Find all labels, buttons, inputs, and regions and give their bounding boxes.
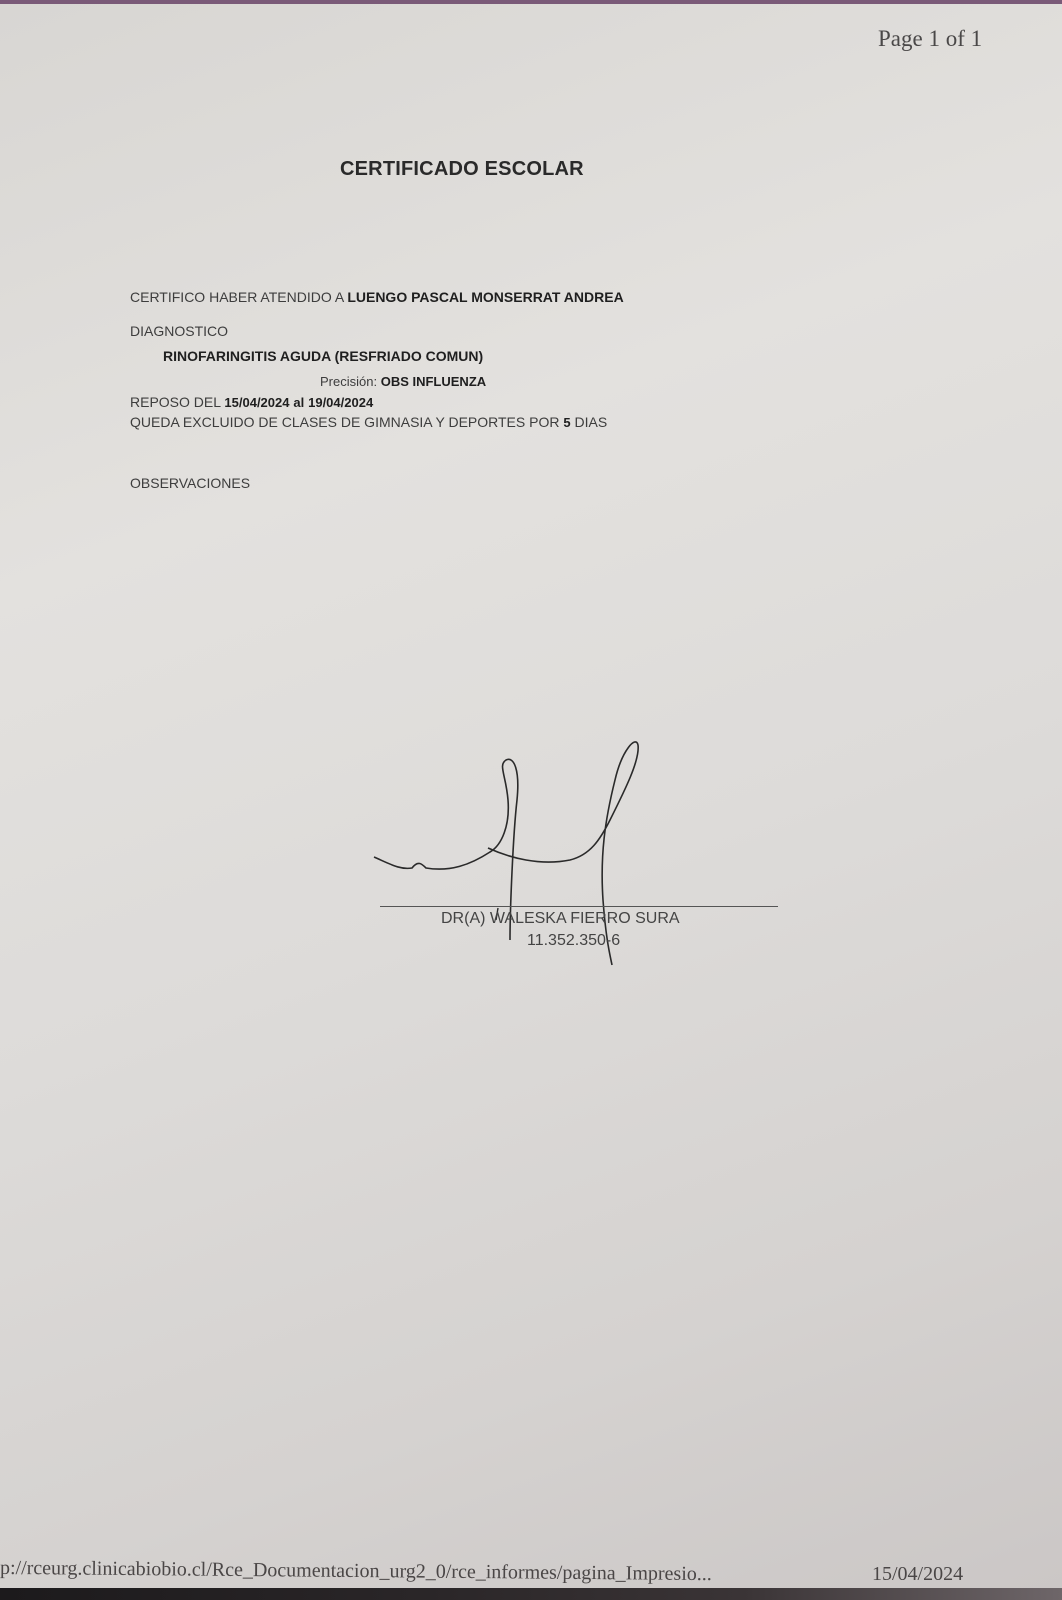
document-title: CERTIFICADO ESCOLAR	[340, 158, 584, 181]
certifico-line: CERTIFICO HABER ATENDIDO A LUENGO PASCAL…	[130, 289, 624, 305]
exclusion-suffix: DIAS	[574, 414, 607, 430]
reposo-label: REPOSO DEL	[130, 394, 221, 410]
certifico-label: CERTIFICO HABER ATENDIDO A	[130, 289, 343, 305]
patient-name: LUENGO PASCAL MONSERRAT ANDREA	[347, 289, 623, 305]
exclusion-line: QUEDA EXCLUIDO DE CLASES DE GIMNASIA Y D…	[130, 414, 607, 430]
precision-line: Precisión: OBS INFLUENZA	[320, 374, 486, 389]
diagnosis-value: RINOFARINGITIS AGUDA (RESFRIADO COMUN)	[163, 348, 483, 364]
handwritten-signature	[360, 740, 780, 1000]
diagnostico-label: DIAGNOSTICO	[130, 323, 228, 339]
observaciones-label: OBSERVACIONES	[130, 475, 250, 491]
exclusion-prefix: QUEDA EXCLUIDO DE CLASES DE GIMNASIA Y D…	[130, 414, 559, 430]
diagnostico-line: RINOFARINGITIS AGUDA (RESFRIADO COMUN)	[163, 348, 483, 364]
reposo-to-date: 19/04/2024	[308, 395, 373, 410]
signer-name: DR(A) WALESKA FIERRO SURA	[441, 910, 680, 928]
precision-label: Precisión:	[320, 374, 377, 389]
precision-value: OBS INFLUENZA	[381, 374, 486, 389]
signer-id: 11.352.350-6	[527, 932, 620, 950]
page-indicator: Page 1 of 1	[878, 26, 982, 52]
signature-line	[380, 906, 778, 907]
footer-date: 15/04/2024	[872, 1563, 963, 1586]
exclusion-days: 5	[563, 415, 570, 430]
bottom-edge	[0, 1588, 1062, 1600]
reposo-connector: al	[293, 395, 304, 410]
reposo-line: REPOSO DEL 15/04/2024 al 19/04/2024	[130, 394, 373, 410]
reposo-from-date: 15/04/2024	[224, 395, 289, 410]
